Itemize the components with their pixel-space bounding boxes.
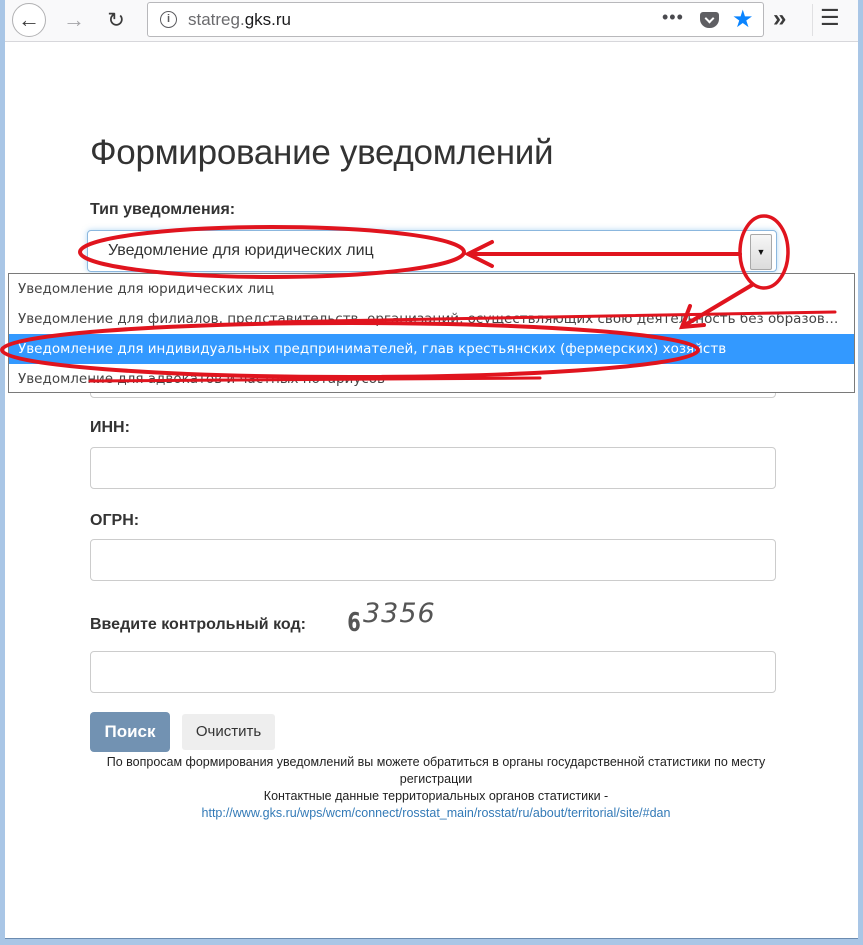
captcha-first-digit: 6 [347,608,361,638]
hamburger-icon[interactable]: ☰ [820,5,840,31]
footer-note: По вопросам формирования уведомлений вы … [100,754,772,822]
chevron-down-icon[interactable]: ▼ [750,234,772,270]
browser-toolbar: ← → ↻ i statreg.gks.ru ••• ★ » ☰ [5,0,858,42]
inn-input[interactable] [90,447,776,489]
back-arrow-icon[interactable]: ← [12,3,46,37]
clear-button[interactable]: Очистить [182,714,275,750]
territorial-link[interactable]: http://www.gks.ru/wps/wcm/connect/rossta… [202,806,671,820]
url-text[interactable]: statreg.gks.ru [188,10,291,30]
search-button[interactable]: Поиск [90,712,170,752]
url-subdomain: statreg. [188,10,245,29]
select-value: Уведомление для юридических лиц [108,242,374,260]
footer-contacts-text: Контактные данные территориальных органо… [264,789,608,803]
star-icon[interactable]: ★ [732,5,754,34]
footer-line-2: Контактные данные территориальных органо… [100,788,772,822]
inn-label: ИНН: [90,419,130,437]
double-chevron-icon[interactable]: » [773,5,786,33]
reload-icon[interactable]: ↻ [99,3,133,37]
footer-line-1: По вопросам формирования уведомлений вы … [100,754,772,788]
dropdown-option[interactable]: Уведомление для адвокатов и частных нота… [9,364,854,394]
dropdown-option-selected[interactable]: Уведомление для индивидуальных предприни… [9,334,854,364]
dropdown-option[interactable]: Уведомление для филиалов, представительс… [9,304,854,334]
ogrn-label: ОГРН: [90,512,139,530]
dropdown-option[interactable]: Уведомление для юридических лиц [9,274,854,304]
pocket-icon[interactable] [700,12,719,28]
info-icon[interactable]: i [160,11,177,28]
captcha-input[interactable] [90,651,776,693]
window-bottom-edge [5,938,858,939]
page-title: Формирование уведомлений [90,133,553,173]
captcha-image: 6 3356 [345,598,455,638]
notification-type-select[interactable]: Уведомление для юридических лиц ▼ [87,230,777,272]
address-bar[interactable]: i statreg.gks.ru ••• ★ [147,2,764,37]
more-dots-icon[interactable]: ••• [662,7,684,28]
captcha-digits: 3356 [363,598,436,629]
forward-arrow-icon[interactable]: → [57,3,91,37]
notification-type-dropdown: Уведомление для юридических лиц Уведомле… [8,273,855,393]
url-host: gks.ru [245,10,291,29]
ogrn-input[interactable] [90,539,776,581]
notification-type-label: Тип уведомления: [90,201,235,219]
captcha-label: Введите контрольный код: [90,616,306,634]
toolbar-separator [812,4,813,36]
